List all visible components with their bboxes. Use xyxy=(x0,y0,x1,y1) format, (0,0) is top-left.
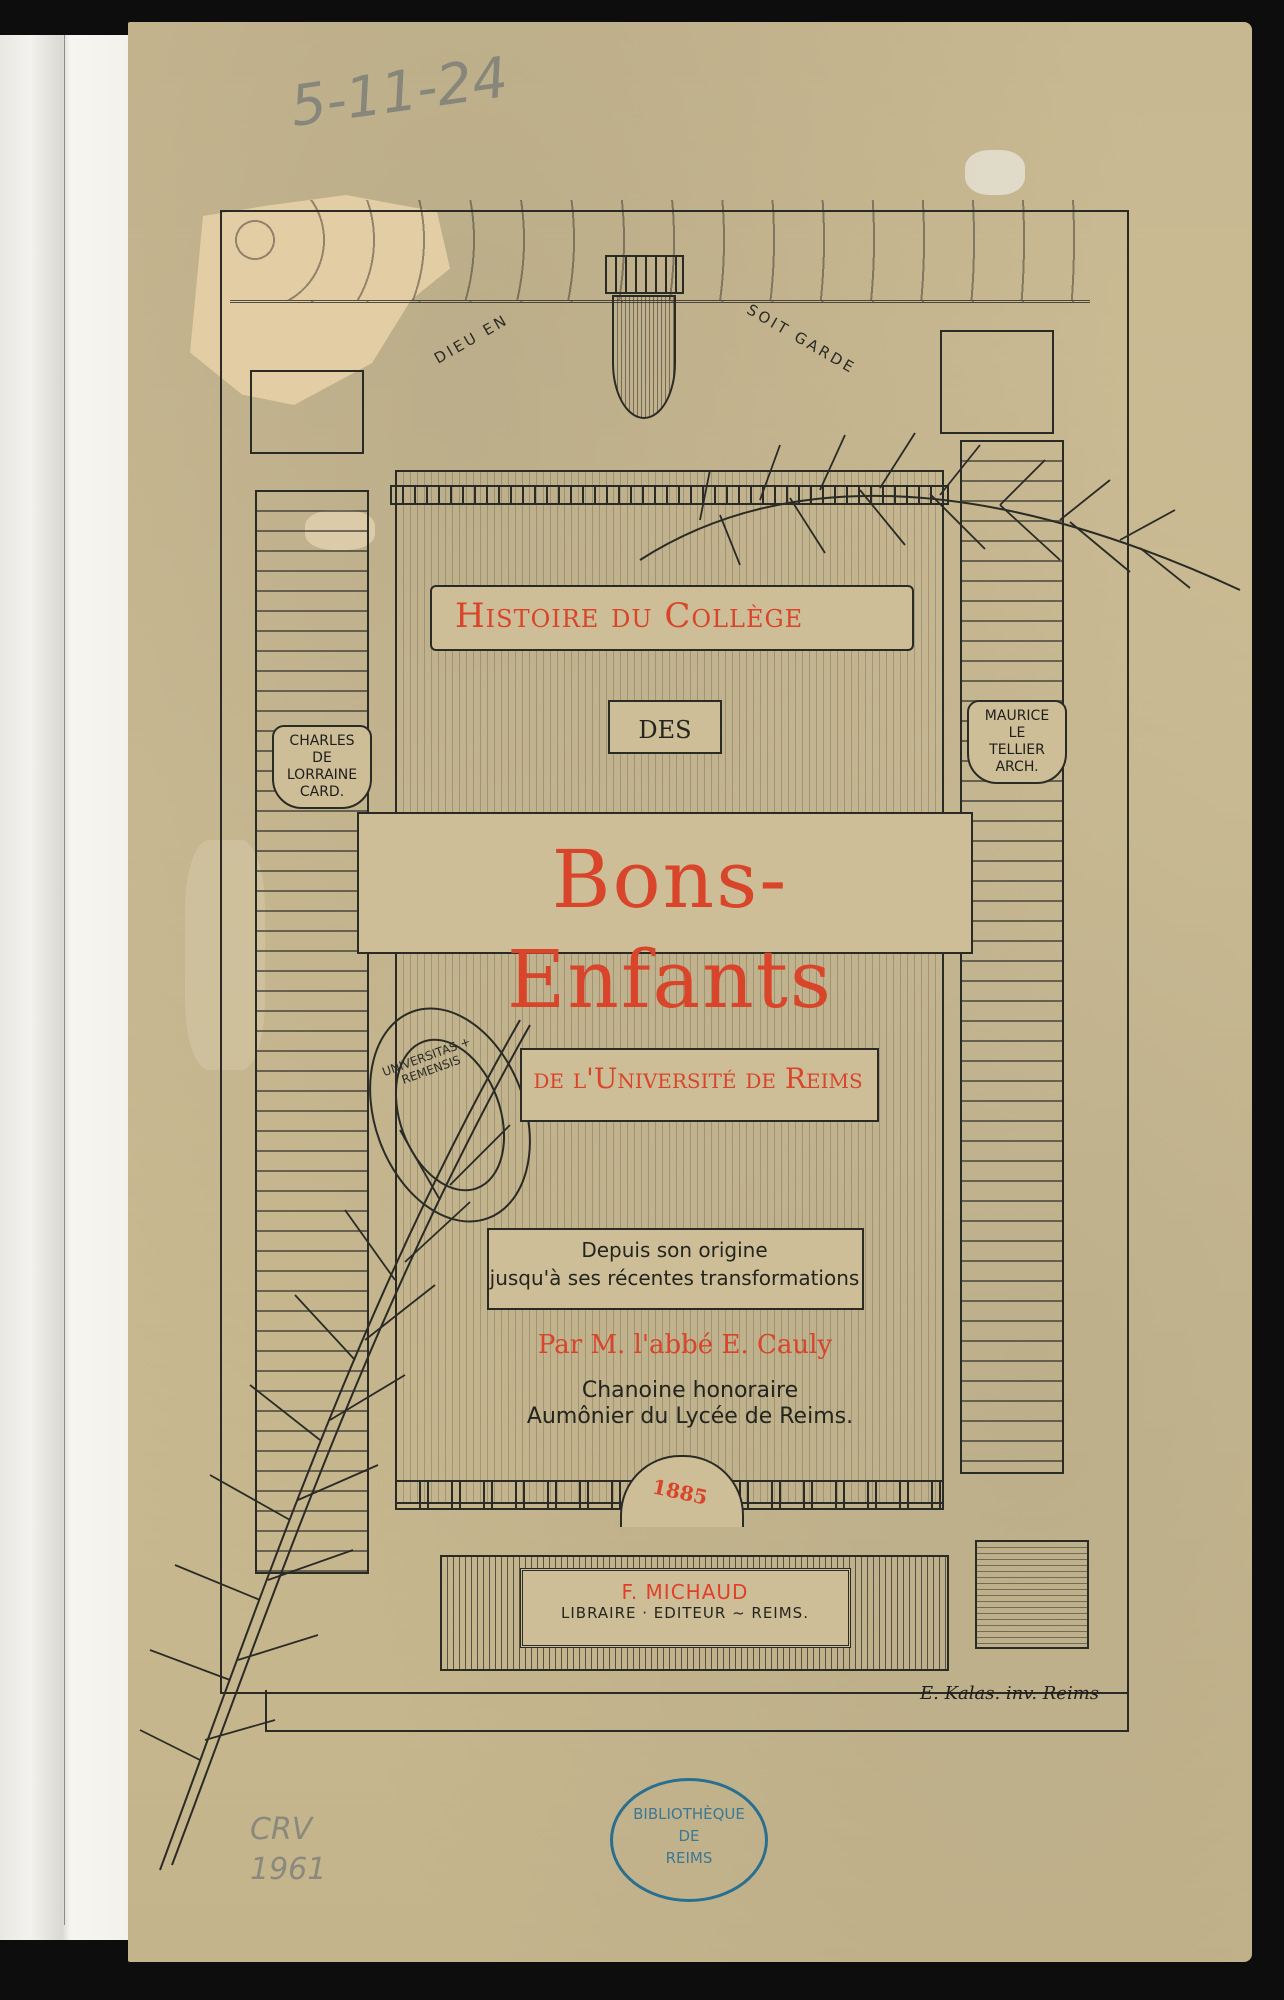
plate-line: LORRAINE xyxy=(278,767,366,784)
frieze xyxy=(390,485,949,505)
title-universite: de l'Université de Reims xyxy=(522,1062,874,1095)
title-des: des xyxy=(608,700,722,754)
cornucopia-ornament-icon xyxy=(975,1540,1089,1649)
right-pillar xyxy=(960,440,1064,1474)
engraver-signature: E. Kalas. inv. Reims xyxy=(920,1683,1120,1704)
author-title-line: Aumônier du Lycée de Reims. xyxy=(480,1404,900,1430)
title-main: Bons-Enfants xyxy=(390,830,950,1030)
shelfmark-line: CRV xyxy=(250,1812,312,1847)
stamp-line: BIBLIOTHÈQUE xyxy=(613,1803,765,1825)
title-histoire: Histoire du Collège xyxy=(455,596,803,636)
plate-line: CHARLES xyxy=(278,733,366,750)
author-line: Par M. l'abbé E. Cauly xyxy=(520,1330,850,1360)
grotesque-mask-icon xyxy=(250,370,364,454)
subtitle-line: Depuis son origine xyxy=(487,1236,862,1264)
coat-of-arms-icon xyxy=(612,295,676,419)
plate-line: ARCH. xyxy=(973,759,1061,776)
publisher-description: LIBRAIRE · EDITEUR ~ REIMS. xyxy=(520,1604,850,1622)
stamp-line: DE xyxy=(613,1825,765,1847)
left-pillar xyxy=(255,490,369,1574)
subtitle-line: jusqu'à ses récentes transformations xyxy=(487,1264,862,1292)
crown-icon xyxy=(605,255,684,294)
publisher-name: F. MICHAUD xyxy=(520,1580,850,1604)
plate-line: LE xyxy=(973,725,1061,742)
author-titles: Chanoine honoraire Aumônier du Lycée de … xyxy=(480,1378,900,1430)
plate-charles-de-lorraine: CHARLES DE LORRAINE CARD. xyxy=(272,725,372,809)
plate-maurice-le-tellier: MAURICE LE TELLIER ARCH. xyxy=(967,700,1067,784)
plate-line: MAURICE xyxy=(973,708,1061,725)
stamp-line: REIMS xyxy=(613,1847,765,1869)
author-title-line: Chanoine honoraire xyxy=(480,1378,900,1404)
library-stamp: BIBLIOTHÈQUE DE REIMS xyxy=(610,1778,768,1902)
plate-line: DE xyxy=(278,750,366,767)
endpaper-fold xyxy=(64,35,65,1925)
paper-damage xyxy=(965,150,1025,195)
plate-line: TELLIER xyxy=(973,742,1061,759)
shelfmark-line: 1961 xyxy=(250,1852,326,1887)
plate-line: CARD. xyxy=(278,784,366,801)
subtitle: Depuis son origine jusqu'à ses récentes … xyxy=(487,1236,862,1292)
handwritten-shelfmark: CRV 1961 xyxy=(250,1810,326,1890)
cherub-head-icon xyxy=(940,330,1054,434)
